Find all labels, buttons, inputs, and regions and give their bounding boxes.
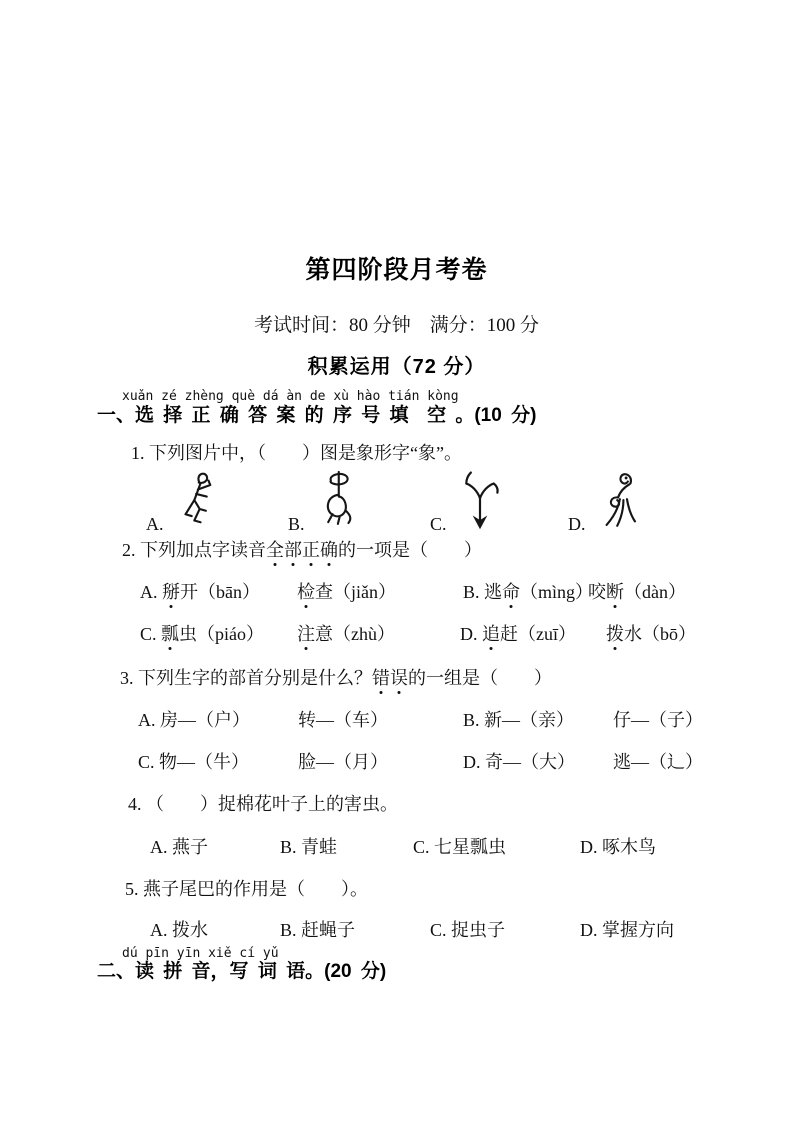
question-2-option-c: C. 瓢虫（piáo）: [140, 622, 264, 646]
question-3-stem: 3. 下列生字的部首分别是什么？错误的一组是（ ）: [120, 666, 552, 690]
question-4-stem: 4. （ ）捉棉花叶子上的害虫。: [128, 792, 398, 816]
question-3-option-d: D. 奇—（大）: [463, 750, 575, 774]
question-2-option-b: B. 逃命（mìng）: [463, 580, 593, 604]
question-4-option-c: C. 七星瓢虫: [413, 835, 506, 859]
question-3-options-row-1: A. 房—（户） 转—（车） B. 新—（亲） 仔—（子）: [0, 708, 793, 734]
pictograph-beast-icon: [315, 470, 359, 532]
question-3-option-b2: 仔—（子）: [613, 708, 703, 732]
option-d-label: D.: [568, 512, 586, 536]
question-2-option-c2: 注意（zhù）: [297, 622, 395, 646]
option-b-label: B.: [288, 512, 305, 536]
option-a-label: A.: [146, 512, 164, 536]
question-5-option-a: A. 拨水: [150, 918, 208, 942]
question-1-stem: 1. 下列图片中，（ ）图是象形字“象”。: [131, 441, 462, 465]
question-4-option-d: D. 啄木鸟: [580, 835, 656, 859]
question-3-option-b: B. 新—（亲）: [463, 708, 574, 732]
paper-title: 第四阶段月考卷: [0, 252, 793, 288]
question-3-option-d2: 逃—（辶）: [613, 750, 703, 774]
exam-meta-line: 考试时间：80 分钟 满分：100 分: [0, 312, 793, 340]
question-2-stem: 2. 下列加点字读音全部正确的一项是（ ）: [122, 538, 482, 562]
section-one-heading: 积累运用（72 分）: [0, 352, 793, 382]
question-3-options-row-2: C. 物—（牛） 脸—（月） D. 奇—（大） 逃—（辶）: [0, 750, 793, 776]
question-2-option-a: A. 掰开（bān）: [140, 580, 260, 604]
option-c-label: C.: [430, 512, 447, 536]
question-2-option-b2: 咬断（dàn）: [588, 580, 686, 604]
question-5-option-b: B. 赶蝇子: [280, 918, 355, 942]
question-2-option-d: D. 追赶（zuī）: [460, 622, 576, 646]
pictograph-arrow-icon: [457, 468, 503, 532]
question-2-options-row-1: A. 掰开（bān） 检查（jiǎn） B. 逃命（mìng） 咬断（dàn）: [0, 580, 793, 606]
part-two-heading: 二、读 拼 音，写 词 语。(20 分): [97, 960, 386, 984]
pictograph-elephant-icon: [596, 470, 642, 532]
question-2-option-a2: 检查（jiǎn）: [297, 580, 396, 604]
question-1-options-row: A. B. C.: [0, 464, 793, 536]
part-two-pinyin: dú pīn yīn xiě cí yǔ: [122, 947, 279, 961]
exam-paper-page: 第四阶段月考卷 考试时间：80 分钟 满分：100 分 积累运用（72 分） x…: [0, 0, 793, 1122]
question-3-option-c2: 脸—（月）: [298, 750, 388, 774]
question-1-option-b: B.: [288, 470, 359, 536]
question-2-option-d2: 拨水（bō）: [606, 622, 696, 646]
question-3-option-a2: 转—（车）: [298, 708, 388, 732]
question-5-stem: 5. 燕子尾巴的作用是（ ）。: [125, 877, 368, 901]
question-5-option-d: D. 掌握方向: [580, 918, 674, 942]
question-3-option-a: A. 房—（户）: [138, 708, 250, 732]
question-3-option-c: C. 物—（牛）: [138, 750, 249, 774]
part-one-heading: 一、选 择 正 确 答 案 的 序 号 填 空 。(10 分): [97, 404, 536, 428]
question-5-option-c: C. 捉虫子: [430, 918, 505, 942]
question-1-option-c: C.: [430, 468, 503, 536]
question-4-option-b: B. 青蛙: [280, 835, 337, 859]
question-5-options-row: A. 拨水 B. 赶蝇子 C. 捉虫子 D. 掌握方向: [0, 918, 793, 944]
question-1-option-a: A.: [146, 470, 220, 536]
pictograph-figure-icon: [174, 470, 220, 532]
question-2-options-row-2: C. 瓢虫（piáo） 注意（zhù） D. 追赶（zuī） 拨水（bō）: [0, 622, 793, 648]
question-4-options-row: A. 燕子 B. 青蛙 C. 七星瓢虫 D. 啄木鸟: [0, 835, 793, 861]
question-1-option-d: D.: [568, 470, 642, 536]
question-4-option-a: A. 燕子: [150, 835, 208, 859]
part-one-pinyin: xuǎn zé zhèng què dá àn de xù hào tián k…: [122, 390, 459, 404]
